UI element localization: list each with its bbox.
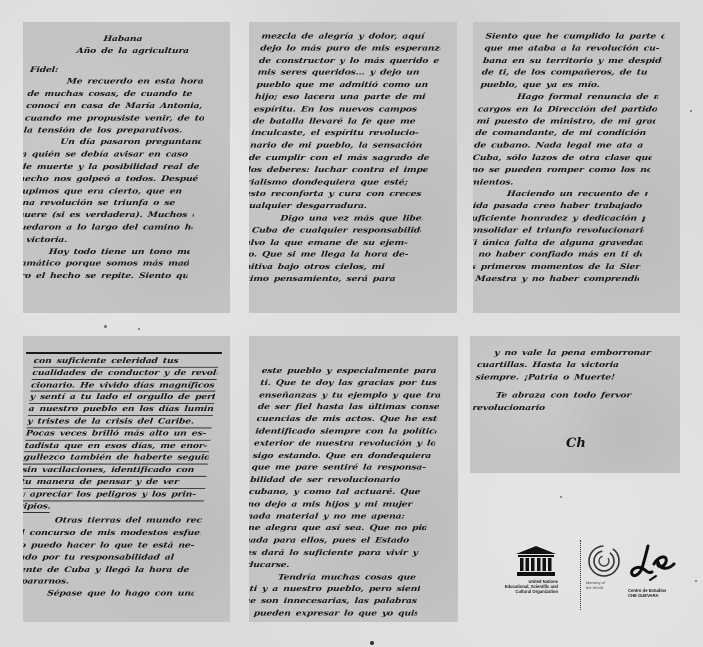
text-line-underlined: gullezco también de haberte seguido xyxy=(23,452,209,464)
text-line-underlined: y apreciar los peligros y los prin- xyxy=(23,489,205,501)
unesco-caption-line: Cultural Organization xyxy=(482,589,558,594)
text-line: mis seres queridos... y dejo un xyxy=(257,67,438,79)
text-line: no pueden expresar lo que yo quisiera xyxy=(249,608,418,620)
paper-speck xyxy=(104,325,107,328)
text-line: bana en su territorio y me despido xyxy=(482,55,662,67)
closing-line: revolucionario xyxy=(472,403,663,415)
text-line: Un día pasaron preguntando xyxy=(23,137,202,149)
unesco-caption: United Nations Educational, Scientific a… xyxy=(482,579,558,594)
text-line: inculcaste, el espíritu revolucio- xyxy=(251,128,432,140)
text-line: dramático porque somos más maduros, xyxy=(23,258,189,270)
text-line: de muerte y la posibilidad real del xyxy=(23,161,199,173)
letter-page-6: y no vale la pena emborronar cuartillas.… xyxy=(470,336,680,473)
che-signature-icon xyxy=(628,540,680,586)
text-line: separarnos. xyxy=(23,576,196,588)
text-line: no se pueden romper como los nombra- xyxy=(473,164,651,176)
text-line: hijo; eso lacera una parte de mi xyxy=(254,92,435,104)
mow-caption-line: the World xyxy=(586,585,626,590)
text-line-underlined: con suficiente celeridad tus xyxy=(33,355,219,367)
text-line: quedaron a lo largo del camino hacia xyxy=(23,222,193,234)
text-line: de cumplir con el más sagrado de xyxy=(249,152,429,164)
text-line: el concurso de mis modestos esfuerzos. xyxy=(23,528,201,540)
centro-che-caption-line: CHE GUEVARA xyxy=(628,593,684,598)
text-line: de muchas cosas, de cuando te xyxy=(27,89,207,101)
signature: Ch xyxy=(566,436,586,451)
letter-page-4: con suficiente celeridad tus cualidades … xyxy=(23,336,230,622)
letter-place: Habana xyxy=(33,33,213,45)
text-line-underlined: cualidades de conductor y de revolu- xyxy=(32,368,218,380)
text-line: hecho nos golpeó a todos. Después xyxy=(23,174,198,186)
text-line: la victoria. xyxy=(23,234,192,246)
text-line: no dejo a mis hijos y mi mujer xyxy=(249,499,429,511)
text-line-underlined: tadista que en esos días, me enor- xyxy=(24,440,210,452)
institution-logos: United Nations Educational, Scientific a… xyxy=(500,540,690,620)
text-line: Cuba, sólo lazos de otra clase que xyxy=(473,152,652,164)
text-line: exterior de nuestra revolución y lo xyxy=(253,438,435,450)
paper-speck xyxy=(370,641,374,645)
text-line: que son innecesarias, las palabras xyxy=(249,596,419,608)
memory-of-the-world-logo: Memory of the World xyxy=(586,544,626,604)
text-line: una revolución se triunfa o se xyxy=(23,198,196,210)
text-line: rialismo dondequiera que esté; xyxy=(249,177,427,189)
text-line: Tendría muchas cosas que decirle xyxy=(249,572,422,584)
text-line: muere (si es verdadera). Muchos compañer… xyxy=(23,210,194,222)
concentric-rings-icon xyxy=(586,544,622,578)
text-line: Me recuerdo en esta hora xyxy=(28,76,208,88)
text-line: pueblo que me admitió como un xyxy=(256,80,437,92)
text-line: la tensión de los preparativos. xyxy=(23,125,203,137)
text-line: finitiva bajo otros cielos, mi xyxy=(249,262,418,274)
text-line: consolidar el triunfo revolucionario. xyxy=(473,225,645,237)
temple-icon xyxy=(514,545,558,577)
text-line: a ti y a nuestro pueblo, pero siento xyxy=(249,584,420,596)
text-line: esto reconforta y cura con creces xyxy=(249,189,425,201)
text-line: cuartillas. Hasta la victoria xyxy=(476,360,667,372)
centro-che-caption: Centro de Estudios CHE GUEVARA xyxy=(628,588,684,598)
text-line: vida pasada creo haber trabajado con xyxy=(473,201,647,213)
text-line: Digo una vez más que libero xyxy=(249,213,423,225)
text-line: Sépase que lo hago con una xyxy=(23,588,195,600)
paper-speck xyxy=(138,328,140,330)
text-line: de batalla llevaré la fe que me xyxy=(252,116,433,128)
text-line: último pensamiento, será para xyxy=(249,274,417,286)
letter-page-5: este pueblo y especialmente para ti. Que… xyxy=(249,336,458,622)
text-line: nada para ellos, pues el Estado xyxy=(249,535,425,547)
text-line-underlined: sin vacilaciones, identificado con xyxy=(23,465,208,477)
text-line: ra Maestra y no haber comprendido xyxy=(473,274,640,286)
text-line: supimos que era cierto, que en xyxy=(23,186,197,198)
letter-page-1: Habana Año de la agricultura Fidel: Me r… xyxy=(23,22,230,313)
unesco-logo: United Nations Educational, Scientific a… xyxy=(512,545,576,607)
text-line: mezcla de alegría y dolor, aquí xyxy=(261,31,442,43)
text-line: gado por tu responsabilidad al xyxy=(23,552,199,564)
text-line: este pueblo y especialmente para xyxy=(261,365,443,377)
text-line: siempre. ¡Patria o Muerte! xyxy=(475,372,666,384)
text-line: Hago formal renuncia de mis xyxy=(478,92,658,104)
text-line: de cubano. Nada legal me ata a xyxy=(473,140,653,152)
mow-caption: Memory of the World xyxy=(586,580,626,590)
text-line: cuencias de mis actos. Que he estado xyxy=(256,414,438,426)
text-line: de comandante, de mi condición xyxy=(475,128,655,140)
text-line-underlined: a nuestro pueblo en los días luminosos xyxy=(28,404,214,416)
text-line: nario de mi pueblo, la sensación xyxy=(249,140,430,152)
text-line: pero el hecho se repite. Siento que xyxy=(23,271,188,283)
text-line: los deberes: luchar contra el impe- xyxy=(249,164,428,176)
salutation: Fidel: xyxy=(29,64,209,76)
letter-page-3: Siento que he cumplido la parte de mi de… xyxy=(473,22,680,313)
text-line: me alegra que así sea. Que no pido xyxy=(249,523,427,535)
text-line: dejo lo más puro de mis esperanzas xyxy=(260,43,441,55)
text-line: ti. Que te doy las gracias por tus xyxy=(260,378,442,390)
letter-page-2: mezcla de alegría y dolor, aquí dejo lo … xyxy=(249,22,457,313)
text-line: espíritu. En los nuevos campos xyxy=(253,104,434,116)
paper-speck xyxy=(560,496,562,498)
text-line: cualquier desgarradura. xyxy=(249,201,424,213)
paper-speck xyxy=(690,110,692,112)
text-line: mientos. xyxy=(473,177,650,189)
text-line: Yo puedo hacer lo que te está ne- xyxy=(23,540,200,552)
centro-che-logo: Centro de Estudios CHE GUEVARA xyxy=(626,540,686,612)
text-line: pueblo, que ya es mío. xyxy=(480,80,660,92)
text-line: les dará lo suficiente para vivir y xyxy=(249,547,424,559)
text-line-underlined: cionario. He vivido días magníficos xyxy=(30,380,216,392)
text-line: cubano, y como tal actuaré. Que xyxy=(249,487,430,499)
page-3-text: Siento que he cumplido la parte de mi de… xyxy=(473,22,680,286)
text-line: que me ataba a la revolución cu- xyxy=(484,43,664,55)
text-line: suficiente honradez y dedicación para xyxy=(473,213,646,225)
paper-speck xyxy=(695,580,697,582)
text-line: salvo la que emane de su ejem- xyxy=(249,237,420,249)
text-line: nada material y no me apena: xyxy=(249,511,428,523)
text-line-underlined: tu manera de pensar y de ver xyxy=(23,477,206,489)
text-line: bilidad de ser revolucionario xyxy=(249,475,431,487)
page-6-text: y no vale la pena emborronar cuartillas.… xyxy=(470,336,680,415)
text-line: frente de Cuba y llegó la hora de xyxy=(23,564,197,576)
text-line: plo. Que si me llega la hora de- xyxy=(249,249,419,261)
text-line-underlined: y tristes de la crisis del Caribe. xyxy=(27,416,213,428)
page-1-text: Habana Año de la agricultura Fidel: Me r… xyxy=(23,22,230,283)
text-line: Otras tierras del mundo reclaman xyxy=(23,516,202,528)
text-line: enseñanzas y tu ejemplo y que trataré xyxy=(258,390,440,402)
logo-divider xyxy=(580,540,582,610)
page-5-text: este pueblo y especialmente para ti. Que… xyxy=(249,358,458,620)
letter-year-heading: Año de la agricultura xyxy=(31,46,211,58)
page-4-text: con suficiente celeridad tus cualidades … xyxy=(23,348,230,601)
text-line: Hoy todo tiene un tono menos xyxy=(23,246,190,258)
text-line: Siento que he cumplido la parte de mi de… xyxy=(485,31,665,43)
text-line-underlined: y sentí a tu lado el orgullo de pertenec… xyxy=(29,392,215,404)
text-line: los primeros momentos de la Sier- xyxy=(473,262,641,274)
text-line: de constructor y lo más querido entre xyxy=(258,55,439,67)
closing-line: Te abraza con todo fervor xyxy=(473,390,664,402)
text-line: conocí en casa de María Antonia, de xyxy=(25,101,205,113)
text-line: y no vale la pena emborronar xyxy=(478,347,669,359)
text-line: de ser fiel hasta las últimas conse- xyxy=(257,402,439,414)
text-line: mi puesto de ministro, de mi grado xyxy=(476,116,656,128)
text-line: educarse. xyxy=(249,560,423,572)
text-line: Haciendo un recuento de mi xyxy=(473,189,648,201)
page-2-text: mezcla de alegría y dolor, aquí dejo lo … xyxy=(249,22,457,286)
text-line-underlined: Pocas veces brilló más alto un es- xyxy=(25,428,211,440)
text-line-underlined: cipios. xyxy=(23,501,51,513)
text-line: sigo estando. Que en dondequiera xyxy=(252,450,434,462)
text-line: que me pare sentiré la responsa- xyxy=(251,462,433,474)
text-line: a quién se debía avisar en caso xyxy=(23,149,201,161)
text-line: es no haber confiado más en ti desde xyxy=(473,249,642,261)
text-line: Mi única falta de alguna gravedad xyxy=(473,237,643,249)
text-line: cuando me propusiste venir, de toda xyxy=(24,113,204,125)
text-line: de ti, de los compañeros, de tu xyxy=(481,67,661,79)
text-line: cargos en la Dirección del partido, de xyxy=(477,104,657,116)
text-line: a Cuba de cualquier responsabilidad, xyxy=(249,225,422,237)
text-line: identificado siempre con la política xyxy=(255,426,437,438)
